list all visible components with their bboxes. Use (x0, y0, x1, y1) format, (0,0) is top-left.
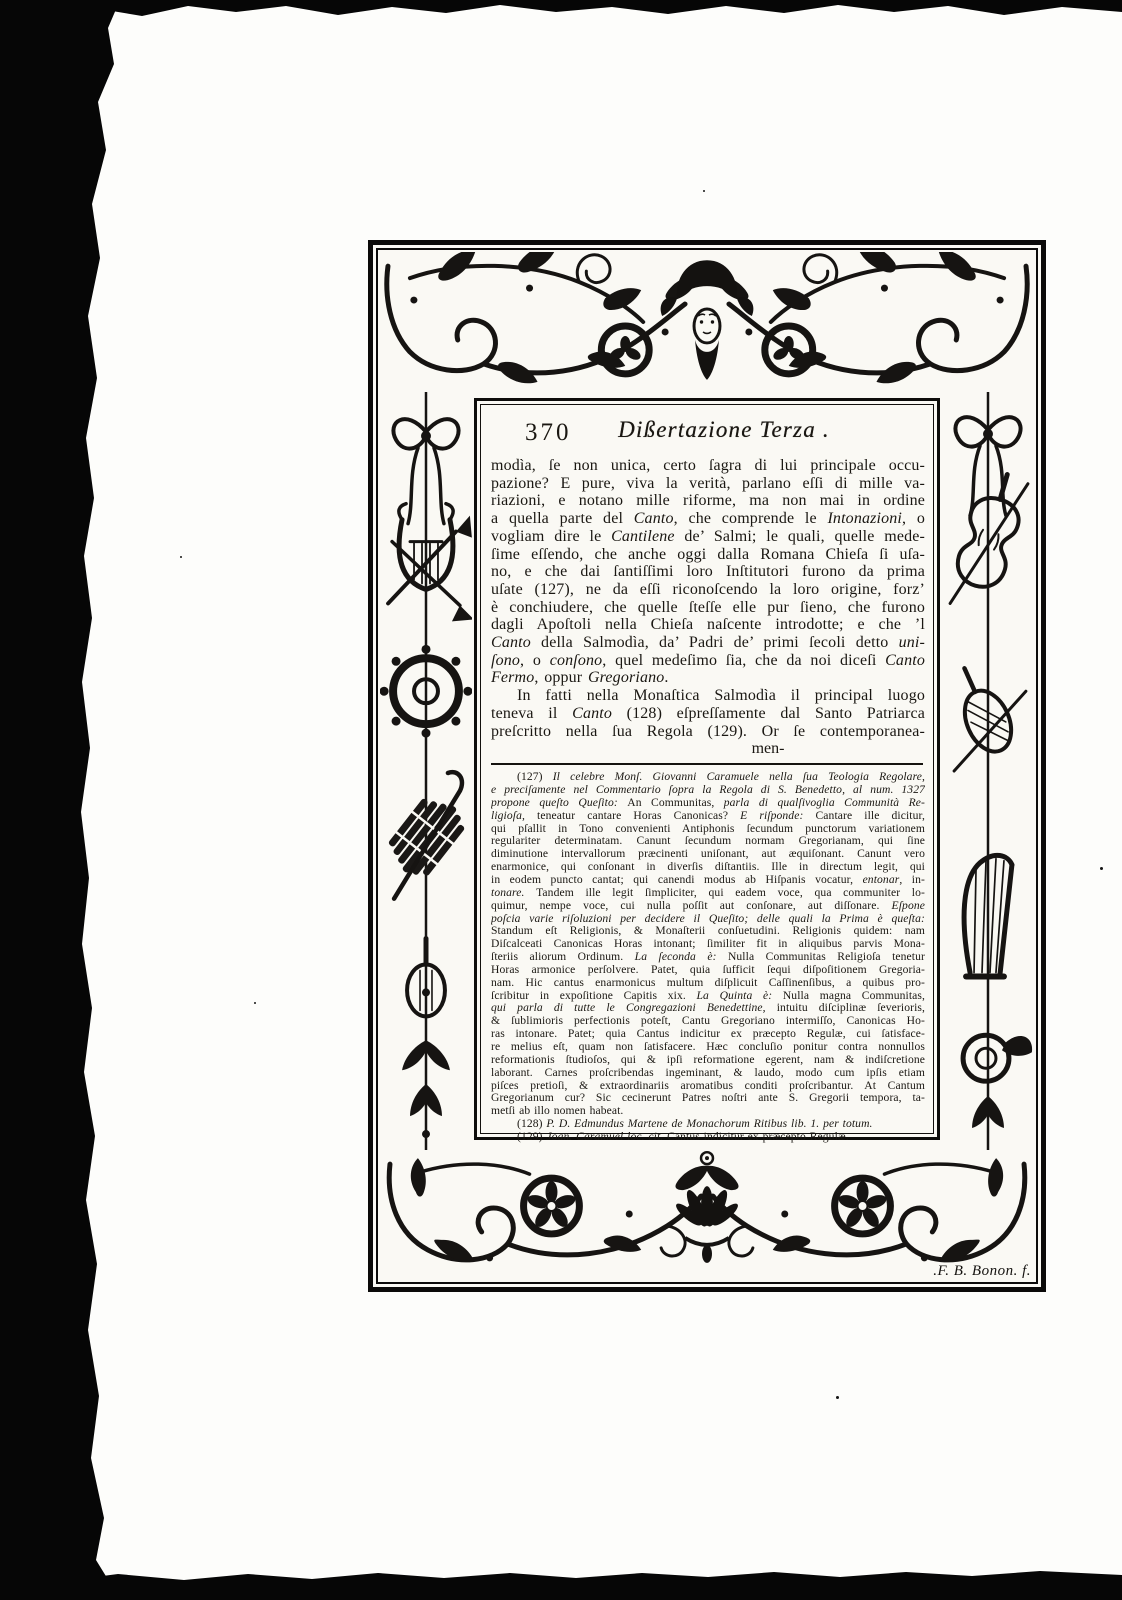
text-segment: teneatur cantare Horas Canonicas? (537, 810, 740, 822)
text-segment: de’ Salmi; le quali, quelle mede- (675, 528, 925, 545)
text-segment: Cantus indicitur ex præcepto Regulæ. (667, 1131, 849, 1143)
italic-text-segment: Cantilene (611, 528, 675, 545)
italic-text-segment: Fermo (491, 669, 534, 686)
italic-text-segment: Gregoriano (588, 669, 664, 686)
text-segment: intuitu diſciplinæ ſeverioris, (777, 1002, 925, 1014)
text-segment: ſime eſſendo, che anche oggi dalla Roman… (491, 546, 925, 563)
italic-text-segment: Il celebre Monſ. Giovanni Caramuele nell… (553, 771, 925, 783)
text-line: Diſcalceati Canonicas Horas intonant; ſi… (491, 938, 925, 951)
italic-text-segment: E riſponde: (740, 810, 815, 822)
left-ornament-band (380, 392, 472, 1150)
text-line: & ſublimioris perfectionis poteſt, Cantu… (491, 1015, 925, 1028)
text-segment: dagli Apoſtoli nella Chieſa naſcente int… (491, 616, 925, 633)
text-line: diminutione intervallorum præcinenti uni… (491, 848, 925, 861)
text-segment: , oppur (534, 669, 588, 686)
text-line: Fermo, oppur Gregoriano. (491, 669, 925, 687)
text-segment: Cantare ille dicitur, (815, 810, 925, 822)
text-segment: . (664, 669, 668, 686)
text-segment: , quel medeſimo ſia, che da noi diceſi (602, 652, 885, 669)
scan-speck (254, 1002, 256, 1004)
text-segment: An Communitas, (627, 797, 724, 809)
catchword: men- (551, 740, 985, 758)
horn-icon (963, 1035, 1032, 1081)
footnotes-block: (127) Il celebre Monſ. Giovanni Caramuel… (491, 771, 925, 1143)
italic-text-segment: poſcia varie riſoluzioni per decidere il… (491, 913, 925, 925)
text-line: laborant. Carnes proſcribendas ingeminan… (491, 1067, 925, 1080)
italic-text-segment: Intonazioni (827, 510, 902, 527)
torn-top-edge (0, 0, 1122, 30)
text-segment: riazioni, e notano mille riforme, ma non… (491, 492, 925, 509)
italic-text-segment: Canto (491, 634, 531, 651)
italic-text-segment: entonar (863, 874, 900, 886)
torn-left-edge (0, 0, 128, 1600)
text-line: ſteriis aliorum Ordinum. La ſeconda è: N… (491, 951, 925, 964)
text-segment: ſcribitur in expoſitione Capitis xix. (491, 990, 697, 1002)
text-line: ras intonare. Patet; quia Cantus indicit… (491, 1028, 925, 1041)
engraver-signature: .F. B. Bonon. f. (885, 1263, 1031, 1280)
text-segment: in eodem puncto cantat; qui canendi modu… (491, 874, 863, 886)
text-segment: & ſublimioris perfectionis poteſt, Cantu… (491, 1015, 925, 1027)
text-segment: enarmonice, qui conſonant in diverſis di… (491, 861, 925, 873)
text-segment: della Salmodìa, da’ Padri de’ primi ſeco… (531, 634, 899, 651)
text-line: regulariter determinatam. Canunt ſecundu… (491, 835, 925, 848)
italic-text-segment: P. D. Edmundus Martene de Monachorum Rit… (546, 1118, 872, 1130)
text-segment: ras intonare. Patet; quia Cantus indicit… (491, 1028, 925, 1040)
text-line: ligioſa, teneatur cantare Horas Canonica… (491, 810, 925, 823)
scan-speck (703, 190, 705, 192)
text-segment: regulariter determinatam. Canunt ſecundu… (491, 835, 925, 847)
text-line: qui parla di tutte le Congregazioni Bene… (491, 1002, 925, 1015)
text-segment: piſces pretioſi, & extraordinariis aroma… (491, 1080, 925, 1092)
italic-text-segment: Joan. Caramuel loc. cit. (546, 1131, 667, 1143)
italic-text-segment: ligioſa, (491, 810, 537, 822)
text-line: pazione? E pure, viva la verità, parlano… (491, 475, 925, 493)
text-segment: teneva il (491, 705, 572, 722)
text-segment: , che comprende le (674, 510, 828, 527)
text-segment: Tandem ille legit ſimpliciter, qui eadem… (536, 887, 925, 899)
text-segment: Nulla Communitas Religioſa tenetur (728, 951, 925, 963)
text-segment: nam. Hic cantus enarmonicus multum diſpl… (491, 977, 925, 989)
page-header: 370 Dißertazione Terza . (491, 417, 925, 451)
text-line: Horas armonice perſolvere. Patet, quia ſ… (491, 964, 925, 977)
text-line: qui pſallit in Tono convenienti Antiphon… (491, 823, 925, 836)
italic-text-segment: Eſpone (892, 900, 925, 912)
italic-text-segment: La ſeconda è: (635, 951, 728, 963)
text-line: quimur, nempe voce, cui nulla poſſit aut… (491, 900, 925, 913)
text-line: metſi ab illo nomen habeat. (491, 1105, 925, 1118)
text-line: ſono, o conſono, quel medeſimo ſia, che … (491, 652, 925, 670)
text-line: ſime eſſendo, che anche oggi dalla Roman… (491, 546, 925, 564)
italic-text-segment: Canto (572, 705, 612, 722)
text-line: teneva il Canto (128) eſpreſſamente dal … (491, 705, 925, 723)
musical-trophy-engraving-right (942, 392, 1034, 1150)
text-segment: ſteriis aliorum Ordinum. (491, 951, 635, 963)
text-line: Canto della Salmodìa, da’ Padri de’ prim… (491, 634, 925, 652)
text-segment: quimur, nempe voce, cui nulla poſſit aut… (491, 900, 892, 912)
text-segment: preſcritto nella ſua Regola (129). Or ſe… (491, 723, 925, 740)
main-text-block: modìa, ſe non unica, certo ſagra di lui … (491, 457, 925, 740)
acanthus-scroll-mask-engraving (380, 252, 1034, 392)
text-line: re melius eſt, quam non ſatisfacere. Hæc… (491, 1041, 925, 1054)
text-segment: Gregorianum cur? Sic cecinerunt Patres n… (491, 1092, 925, 1104)
text-segment: (129) (517, 1131, 546, 1143)
text-line: tonare. Tandem ille legit ſimpliciter, q… (491, 887, 925, 900)
text-segment: (128) eſpreſſamente dal Santo Patriarca (612, 705, 925, 722)
text-segment: metſi ab illo nomen habeat. (491, 1105, 623, 1117)
text-segment: no, e che dai ſantiſſimi loro Inſtitutor… (491, 563, 925, 580)
text-line: reformationis ſtudioſos, qui & ipſi refo… (491, 1054, 925, 1067)
lute-icon (407, 939, 445, 1017)
italic-text-segment: propone queſto Queſito: (491, 797, 627, 809)
engraved-border-frame: 370 Dißertazione Terza . modìa, ſe non u… (368, 240, 1046, 1292)
text-line: (129) Joan. Caramuel loc. cit. Cantus in… (491, 1131, 925, 1144)
text-line: preſcritto nella ſua Regola (129). Or ſe… (491, 723, 925, 741)
italic-text-segment: parla di qualſivoglia Communità Re- (724, 797, 925, 809)
text-segment: modìa, ſe non unica, certo ſagra di lui … (491, 457, 925, 474)
scan-speck (1100, 867, 1103, 870)
text-line: e preciſamente nel Commentario ſopra la … (491, 784, 925, 797)
italic-text-segment: ſono (491, 652, 520, 669)
italic-text-segment: tonare. (491, 887, 536, 899)
text-segment: vogliam dire le (491, 528, 611, 545)
musical-trophy-engraving-left (380, 392, 472, 1150)
text-segment: è conchiudere, che quelle ſteſſe elle pu… (491, 599, 925, 616)
mask-face-icon (661, 260, 754, 380)
text-line: in eodem puncto cantat; qui canendi modu… (491, 874, 925, 887)
top-ornament-band (380, 252, 1034, 392)
text-segment: , o (902, 510, 925, 527)
text-segment: Horas armonice perſolvere. Patet, quia ſ… (491, 964, 925, 976)
text-line: Gregorianum cur? Sic cecinerunt Patres n… (491, 1092, 925, 1105)
text-line: ſcribitur in expoſitione Capitis xix. La… (491, 990, 925, 1003)
text-segment: diminutione intervallorum præcinenti uni… (491, 848, 925, 860)
italic-text-segment: e preciſamente nel Commentario ſopra la … (491, 784, 925, 796)
italic-text-segment: La Quinta è: (697, 990, 783, 1002)
text-line: no, e che dai ſantiſſimi loro Inſtitutor… (491, 563, 925, 581)
text-line: modìa, ſe non unica, certo ſagra di lui … (491, 457, 925, 475)
text-panel-inner: 370 Dißertazione Terza . modìa, ſe non u… (480, 404, 934, 1134)
text-line: (127) Il celebre Monſ. Giovanni Caramuel… (491, 771, 925, 784)
text-segment: reformationis ſtudioſos, qui & ipſi refo… (491, 1054, 925, 1066)
text-segment: a quella parte del (491, 510, 634, 527)
text-segment: In fatti nella Monaſtica Salmodìa il pri… (517, 687, 925, 704)
acanthus-rose-engraving (380, 1143, 1034, 1283)
torn-bottom-edge (0, 1566, 1122, 1600)
text-line: riazioni, e notano mille riforme, ma non… (491, 492, 925, 510)
text-segment: pazione? E pure, viva la verità, parlano… (491, 475, 925, 492)
text-segment: laborant. Carnes proſcribendas ingeminan… (491, 1067, 925, 1079)
text-line: piſces pretioſi, & extraordinariis aroma… (491, 1080, 925, 1093)
text-segment: (128) (517, 1118, 546, 1130)
text-line: uſate (127), ne da eſſi riconoſcendo la … (491, 581, 925, 599)
right-ornament-band (942, 392, 1034, 1150)
text-segment: re melius eſt, quam non ſatisfacere. Hæc… (491, 1041, 925, 1053)
text-segment: qui pſallit in Tono convenienti Antiphon… (491, 823, 925, 835)
text-segment: (127) (517, 771, 553, 783)
text-line: (128) P. D. Edmundus Martene de Monachor… (491, 1118, 925, 1131)
text-line: enarmonice, qui conſonant in diverſis di… (491, 861, 925, 874)
text-segment: , o (520, 652, 550, 669)
violin-icon (952, 468, 1030, 593)
italic-text-segment: qui parla di tutte le Congregazioni Bene… (491, 1002, 777, 1014)
text-line: è conchiudere, che quelle ſteſſe elle pu… (491, 599, 925, 617)
text-segment: Standum eſt Religionis, & Monaſterii con… (491, 925, 925, 937)
page-title: Dißertazione Terza . (507, 417, 941, 443)
text-segment: Nulla magna Communitas, (783, 990, 925, 1002)
italic-text-segment: Canto (885, 652, 925, 669)
text-segment: , in- (899, 874, 925, 886)
text-panel: 370 Dißertazione Terza . modìa, ſe non u… (474, 398, 940, 1140)
text-segment: uſate (127), ne da eſſi riconoſcendo la … (491, 581, 925, 598)
bottom-ornament-band (380, 1143, 1034, 1283)
footnote-separator-rule (491, 763, 923, 765)
italic-text-segment: uni- (899, 634, 925, 651)
text-line: a quella parte del Canto, che comprende … (491, 510, 925, 528)
text-line: dagli Apoſtoli nella Chieſa naſcente int… (491, 616, 925, 634)
text-line: Standum eſt Religionis, & Monaſterii con… (491, 925, 925, 938)
text-line: poſcia varie riſoluzioni per decidere il… (491, 913, 925, 926)
scan-speck (180, 556, 182, 558)
italic-text-segment: conſono (550, 652, 603, 669)
italic-text-segment: Canto (634, 510, 674, 527)
text-segment: Diſcalceati Canonicas Horas intonant; ſi… (491, 938, 925, 950)
scan-speck (836, 1396, 839, 1399)
text-line: In fatti nella Monaſtica Salmodìa il pri… (491, 687, 925, 705)
text-line: nam. Hic cantus enarmonicus multum diſpl… (491, 977, 925, 990)
text-line: propone queſto Queſito: An Communitas, p… (491, 797, 925, 810)
book-page-scan: { "page": { "number": "370", "header_tit… (0, 0, 1122, 1600)
text-line: vogliam dire le Cantilene de’ Salmi; le … (491, 528, 925, 546)
